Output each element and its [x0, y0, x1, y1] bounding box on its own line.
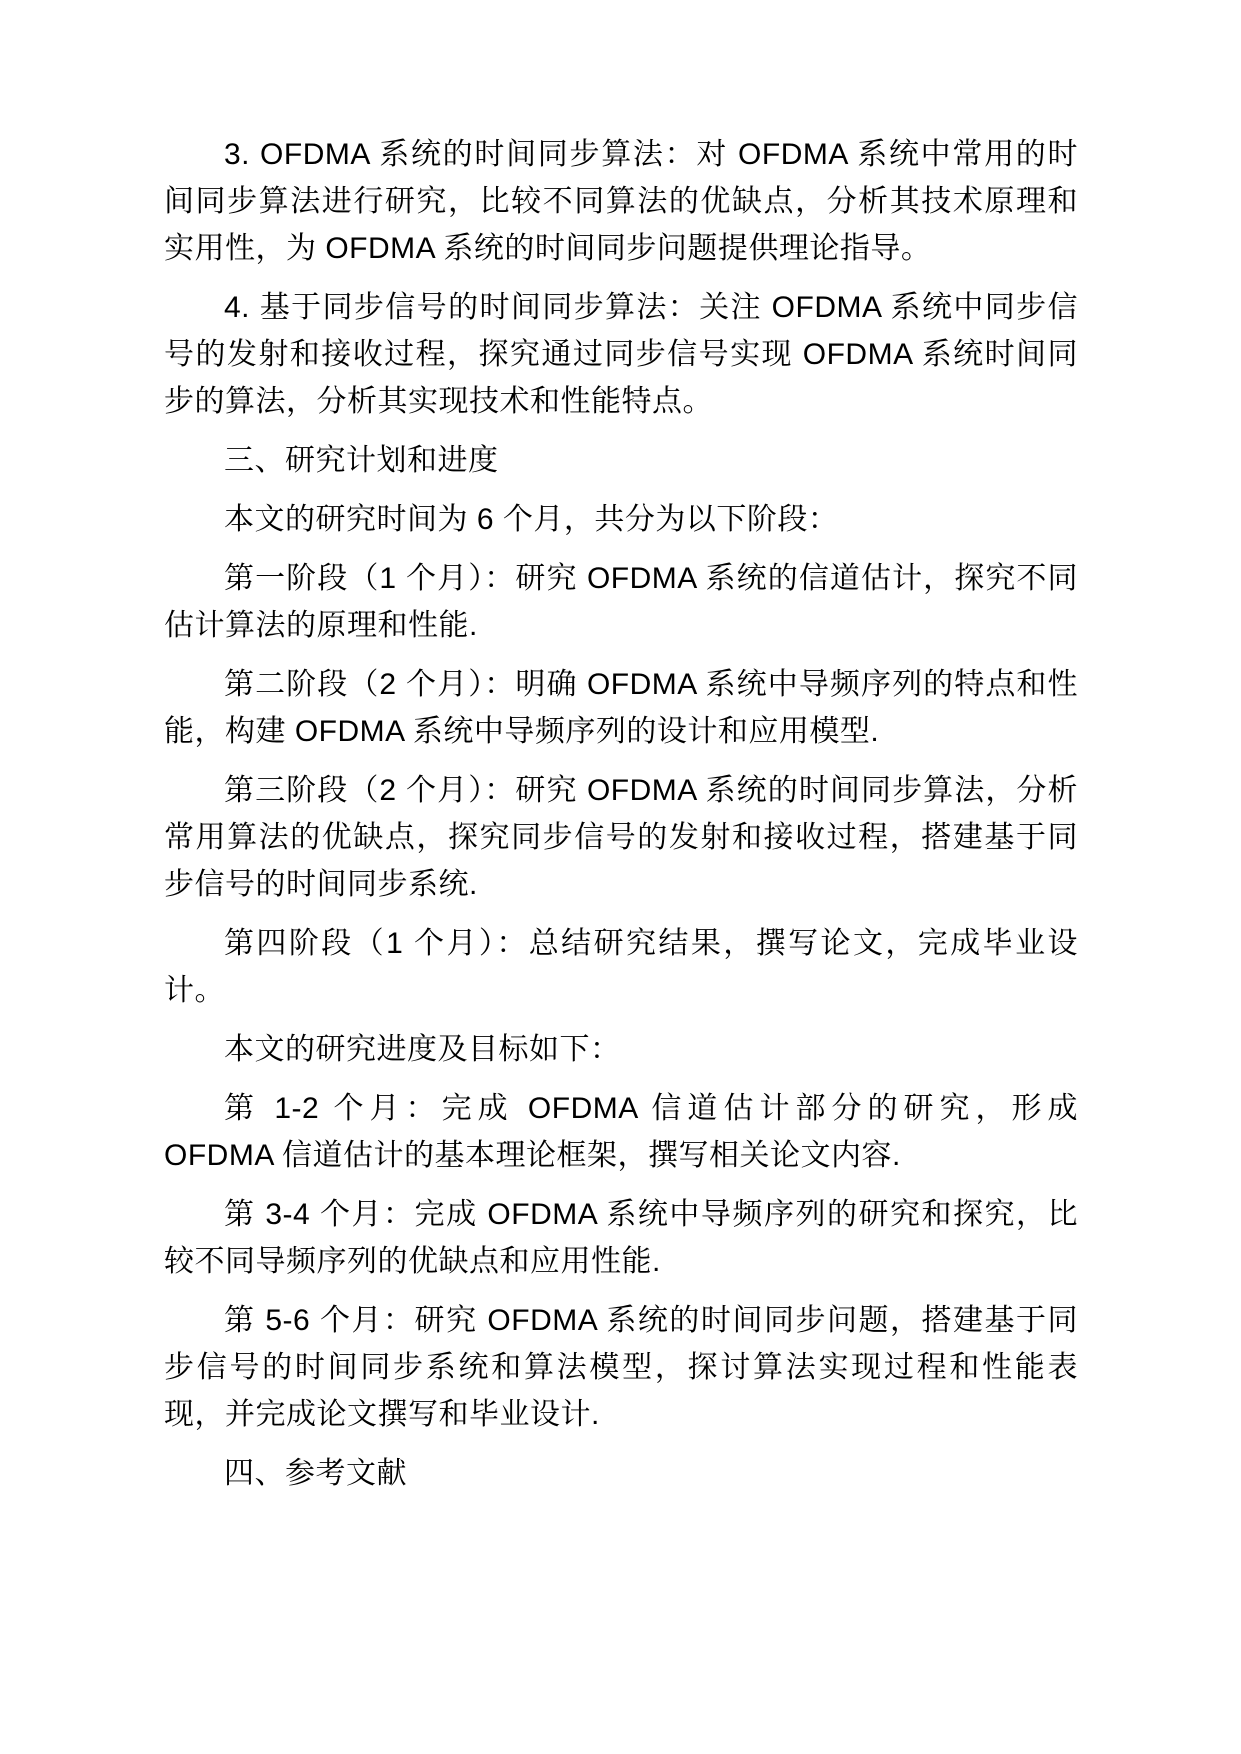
paragraph: 本文的研究时间为 6 个月，共分为以下阶段： [164, 496, 1078, 543]
paragraph: 第 1-2 个月：完成 OFDMA 信道估计部分的研究，形成 OFDMA 信道估… [164, 1085, 1078, 1179]
paragraph: 第 5-6 个月：研究 OFDMA 系统的时间同步问题，搭建基于同步信号的时间同… [164, 1297, 1078, 1438]
paragraph: 第一阶段（1 个月）：研究 OFDMA 系统的信道估计，探究不同估计算法的原理和… [164, 555, 1078, 649]
document-page: 3. OFDMA 系统的时间同步算法：对 OFDMA 系统中常用的时间同步算法进… [0, 0, 1241, 1754]
paragraph: 4. 基于同步信号的时间同步算法：关注 OFDMA 系统中同步信号的发射和接收过… [164, 284, 1078, 425]
paragraph: 第三阶段（2 个月）：研究 OFDMA 系统的时间同步算法，分析常用算法的优缺点… [164, 767, 1078, 908]
paragraph: 第二阶段（2 个月）：明确 OFDMA 系统中导频序列的特点和性能，构建 OFD… [164, 661, 1078, 755]
section-heading: 三、研究计划和进度 [164, 437, 1078, 484]
paragraph: 3. OFDMA 系统的时间同步算法：对 OFDMA 系统中常用的时间同步算法进… [164, 131, 1078, 272]
paragraph: 第四阶段（1 个月）：总结研究结果，撰写论文，完成毕业设计。 [164, 920, 1078, 1014]
paragraph: 本文的研究进度及目标如下： [164, 1026, 1078, 1073]
section-heading: 四、参考文献 [164, 1450, 1078, 1497]
document-body: 3. OFDMA 系统的时间同步算法：对 OFDMA 系统中常用的时间同步算法进… [164, 131, 1078, 1497]
paragraph: 第 3-4 个月：完成 OFDMA 系统中导频序列的研究和探究，比较不同导频序列… [164, 1191, 1078, 1285]
